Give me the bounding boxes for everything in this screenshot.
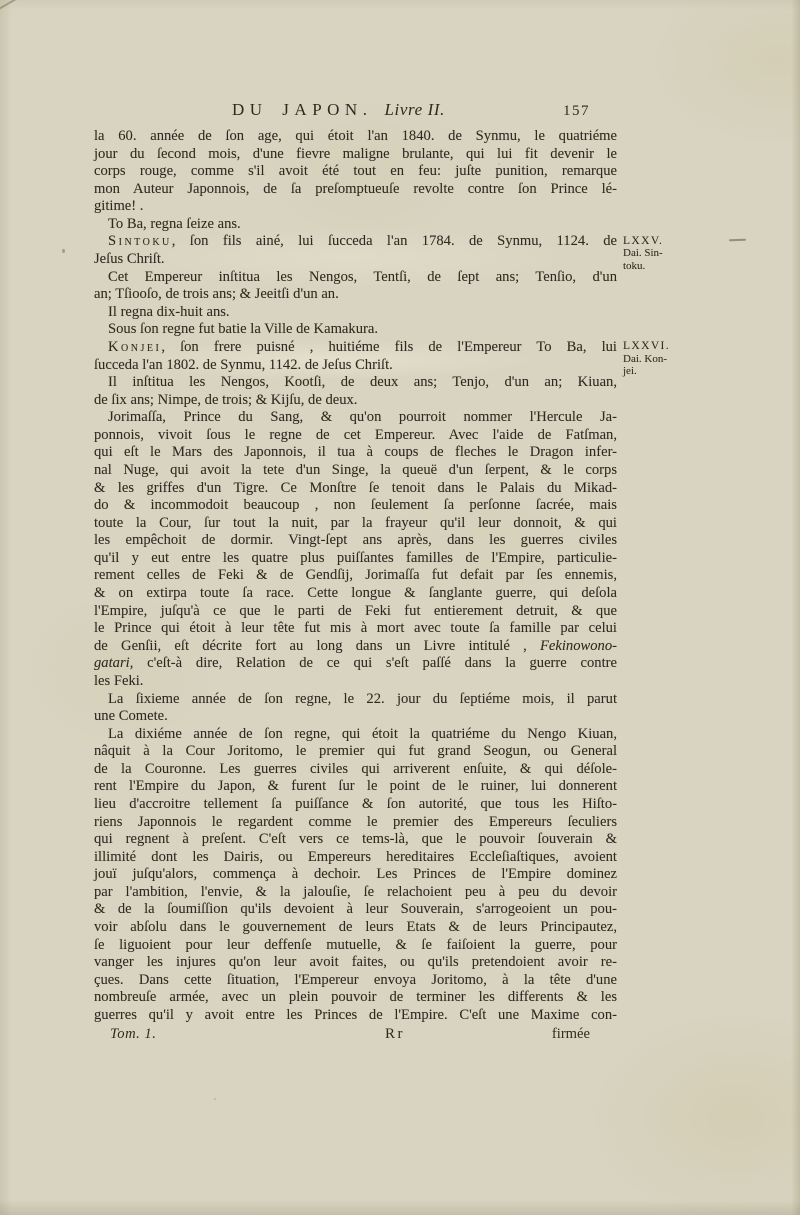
text-line: ſe liguoient pour leur deffenſe mutuelle… xyxy=(94,937,617,955)
text-run: toute la Cour, ſur tout la nuit, par la … xyxy=(94,515,617,531)
text-run: & on extirpa toute ſa race. Cette longue… xyxy=(94,585,617,601)
text-line: lieu d'accroitre tellement ſa puiſſance … xyxy=(94,796,617,814)
text-line: & de la ſoumiſſion qu'ils devoient à leu… xyxy=(94,901,617,919)
text-run: do & incommodoit beaucoup , non ſeulemen… xyxy=(94,497,617,513)
text-line: çues. Dans cette ſituation, l'Empereur e… xyxy=(94,972,617,990)
text-run: la 60. année de ſon age, qui étoit l'an … xyxy=(94,128,617,144)
text-line: guerres qu'il y avoit entre les Princes … xyxy=(94,1007,617,1025)
text-run: çues. Dans cette ſituation, l'Empereur e… xyxy=(94,972,617,988)
text-line: Cet Empereur inſtitua les Nengos, Tentſi… xyxy=(94,269,617,287)
text-run: Cet Empereur inſtitua les Nengos, Tentſi… xyxy=(108,269,617,285)
text-line: l'Empire, juſqu'à ce que le parti de Fek… xyxy=(94,603,617,621)
text-line: corps rouge, comme s'il avoit été tout e… xyxy=(94,163,617,181)
emperor-name: Sintoku xyxy=(108,233,172,249)
text-run: rement celles de Feki & de Gendſij, Jori… xyxy=(94,567,617,583)
catchword: firmée xyxy=(552,1026,590,1044)
text-run: lieu d'accroitre tellement ſa puiſſance … xyxy=(94,796,617,812)
text-line: an; Tſiooſo, de trois ans; & Jeeitſi d'u… xyxy=(94,286,617,304)
text-run: & de la ſoumiſſion qu'ils devoient à leu… xyxy=(94,901,617,917)
text-line: les Feki. xyxy=(94,673,617,691)
text-run: nal Nuge, qui avoit la tete d'un Singe, … xyxy=(94,462,617,478)
text-line: par l'ambition, l'envie, & la jalouſie, … xyxy=(94,884,617,902)
text-run: ponnois, vivoit ſous le regne de cet Emp… xyxy=(94,427,617,443)
text-run: qu'il y eut entre les quatre plus puiſſa… xyxy=(94,550,617,566)
ink-speck xyxy=(214,1098,216,1100)
text-run: les Feki. xyxy=(94,673,143,689)
text-line: illimité dont les Dairis, ou Empereurs h… xyxy=(94,849,617,867)
margin-note-text: toku. xyxy=(623,260,708,273)
text-line: gatari, c'eſt-à dire, Relation de ce qui… xyxy=(94,655,617,673)
text-run: par l'ambition, l'envie, & la jalouſie, … xyxy=(94,884,617,900)
text-run: gitime! . xyxy=(94,198,143,214)
text-run: Fekinowono- xyxy=(540,638,617,654)
text-run: jouï juſqu'alors, commença à dechoir. Le… xyxy=(94,866,617,882)
text-line: qui eſt le Mars des Japonnois, il tua à … xyxy=(94,444,617,462)
text-run: Il regna dix-huit ans. xyxy=(108,304,230,320)
text-line: Jorimaſſa, Prince du Sang, & qu'on pourr… xyxy=(94,409,617,427)
text-line: rent l'Empire du Japon, & furent ſur le … xyxy=(94,778,617,796)
text-run: jour du ſecond mois, d'une fievre malign… xyxy=(94,146,617,162)
text-run: ſucceda l'an 1802. de Synmu, 1142. de Je… xyxy=(94,357,393,373)
text-line: Sous ſon regne fut batie la Ville de Kam… xyxy=(94,321,617,339)
text-run: , ſon frere puisné , huitiéme fils de l'… xyxy=(161,339,617,355)
text-line: & les griffes d'un Tigre. Ce Monſtre ſe … xyxy=(94,480,617,498)
text-run: de ſix ans; Nimpe, de trois; & Kijſu, de… xyxy=(94,392,357,408)
text-line: jouï juſqu'alors, commença à dechoir. Le… xyxy=(94,866,617,884)
text-line: La dixiéme année de ſon regne, qui étoit… xyxy=(94,726,617,744)
text-line: La ſixieme année de ſon regne, le 22. jo… xyxy=(94,691,617,709)
margin-pen-mark xyxy=(729,239,746,242)
text-line: qu'il y eut entre les quatre plus puiſſa… xyxy=(94,550,617,568)
text-run: de la Couronne. Les guerres civiles qui … xyxy=(94,761,617,777)
text-run: rent l'Empire du Japon, & furent ſur le … xyxy=(94,778,617,794)
body-text-column: la 60. année de ſon age, qui étoit l'an … xyxy=(94,128,617,1024)
text-run: gatari xyxy=(94,655,130,671)
text-run: riens Japonnois le regardent comme le pr… xyxy=(94,814,617,830)
text-line: de ſix ans; Nimpe, de trois; & Kijſu, de… xyxy=(94,392,617,410)
text-line: la 60. année de ſon age, qui étoit l'an … xyxy=(94,128,617,146)
text-line: & on extirpa toute ſa race. Cette longue… xyxy=(94,585,617,603)
text-line: qui regnent à preſent. C'eſt vers ce tem… xyxy=(94,831,617,849)
text-line: Il regna dix-huit ans. xyxy=(94,304,617,322)
text-run: Jorimaſſa, Prince du Sang, & qu'on pourr… xyxy=(108,409,617,425)
running-head-title: DU JAPON. xyxy=(232,100,372,119)
text-run: le Prince qui étoit à leur tête fut mis … xyxy=(94,620,617,636)
signature-mark: Rr xyxy=(385,1026,405,1044)
text-line: jour du ſecond mois, d'une fievre malign… xyxy=(94,146,617,164)
margin-note: LXXVI.Dai. Kon-jei. xyxy=(623,340,708,378)
text-run: ſe liguoient pour leur deffenſe mutuelle… xyxy=(94,937,617,953)
running-head: DU JAPON.Livre II. xyxy=(232,100,445,120)
text-line: une Comete. xyxy=(94,708,617,726)
volume-label: Tom. 1. xyxy=(110,1026,156,1044)
text-run: an; Tſiooſo, de trois ans; & Jeeitſi d'u… xyxy=(94,286,339,302)
text-line: gitime! . xyxy=(94,198,617,216)
corner-crease xyxy=(0,0,32,10)
text-run: illimité dont les Dairis, ou Empereurs h… xyxy=(94,849,617,865)
text-line: nal Nuge, qui avoit la tete d'un Singe, … xyxy=(94,462,617,480)
text-line: nombreuſe armée, avec un plein pouvoir d… xyxy=(94,989,617,1007)
text-line: nâquit à la Cour Joritomo, le premier qu… xyxy=(94,743,617,761)
page-number: 157 xyxy=(563,103,590,120)
text-run: l'Empire, juſqu'à ce que le parti de Fek… xyxy=(94,603,617,619)
text-line: To Ba, regna ſeize ans. xyxy=(94,216,617,234)
text-line: do & incommodoit beaucoup , non ſeulemen… xyxy=(94,497,617,515)
text-run: Jeſus Chriſt. xyxy=(94,251,165,267)
text-run: , c'eſt-à dire, Relation de ce qui s'eſt… xyxy=(130,655,617,671)
text-line: toute la Cour, ſur tout la nuit, par la … xyxy=(94,515,617,533)
margin-note-number: LXXV. xyxy=(623,235,708,248)
running-head-book: Livre II. xyxy=(384,100,444,119)
text-line: de la Couronne. Les guerres civiles qui … xyxy=(94,761,617,779)
text-line: Sintoku, ſon fils ainé, lui ſucceda l'an… xyxy=(94,233,617,251)
text-run: , ſon fils ainé, lui ſucceda l'an 1784. … xyxy=(172,233,617,249)
margin-note-text: Dai. Sin- xyxy=(623,247,708,260)
text-run: les empêchoit de dormir. Vingt-ſept ans … xyxy=(94,532,617,548)
text-run: & les griffes d'un Tigre. Ce Monſtre ſe … xyxy=(94,480,617,496)
text-run: guerres qu'il y avoit entre les Princes … xyxy=(94,1007,617,1023)
text-line: de Genſii, eſt décrite fort au long dans… xyxy=(94,638,617,656)
text-line: Jeſus Chriſt. xyxy=(94,251,617,269)
text-run: Sous ſon regne fut batie la Ville de Kam… xyxy=(108,321,378,337)
direction-line: Tom. 1. Rr firmée xyxy=(94,1026,617,1044)
margin-note-number: LXXVI. xyxy=(623,340,708,353)
ink-speck xyxy=(62,249,65,253)
text-run: nâquit à la Cour Joritomo, le premier qu… xyxy=(94,743,617,759)
emperor-name: Konjei xyxy=(108,339,161,355)
text-run: La ſixieme année de ſon regne, le 22. jo… xyxy=(108,691,617,707)
text-run: qui eſt le Mars des Japonnois, il tua à … xyxy=(94,444,617,460)
text-line: rement celles de Feki & de Gendſij, Jori… xyxy=(94,567,617,585)
text-run: qui regnent à preſent. C'eſt vers ce tem… xyxy=(94,831,617,847)
text-run: voir abſolu dans le gouvernement de leur… xyxy=(94,919,617,935)
margin-note: LXXV.Dai. Sin-toku. xyxy=(623,235,708,273)
margin-note-text: jei. xyxy=(623,365,708,378)
text-run: une Comete. xyxy=(94,708,168,724)
text-run: vanger les injures qu'on leur avoit fait… xyxy=(94,954,617,970)
text-line: mon Auteur Japonnois, de ſa preſomptueuſ… xyxy=(94,181,617,199)
text-run: To Ba, regna ſeize ans. xyxy=(108,216,241,232)
text-line: riens Japonnois le regardent comme le pr… xyxy=(94,814,617,832)
text-line: les empêchoit de dormir. Vingt-ſept ans … xyxy=(94,532,617,550)
text-line: Il inſtitua les Nengos, Kootſi, de deux … xyxy=(94,374,617,392)
text-run: corps rouge, comme s'il avoit été tout e… xyxy=(94,163,617,179)
text-line: ponnois, vivoit ſous le regne de cet Emp… xyxy=(94,427,617,445)
text-line: Konjei, ſon frere puisné , huitiéme fils… xyxy=(94,339,617,357)
text-line: vanger les injures qu'on leur avoit fait… xyxy=(94,954,617,972)
text-line: le Prince qui étoit à leur tête fut mis … xyxy=(94,620,617,638)
margin-note-text: Dai. Kon- xyxy=(623,353,708,366)
text-run: La dixiéme année de ſon regne, qui étoit… xyxy=(108,726,617,742)
scanned-book-page: DU JAPON.Livre II. 157 la 60. année de ſ… xyxy=(0,0,800,1215)
text-line: ſucceda l'an 1802. de Synmu, 1142. de Je… xyxy=(94,357,617,375)
text-line: voir abſolu dans le gouvernement de leur… xyxy=(94,919,617,937)
text-run: Il inſtitua les Nengos, Kootſi, de deux … xyxy=(108,374,617,390)
text-run: mon Auteur Japonnois, de ſa preſomptueuſ… xyxy=(94,181,617,197)
text-run: nombreuſe armée, avec un plein pouvoir d… xyxy=(94,989,617,1005)
text-run: de Genſii, eſt décrite fort au long dans… xyxy=(94,638,540,654)
